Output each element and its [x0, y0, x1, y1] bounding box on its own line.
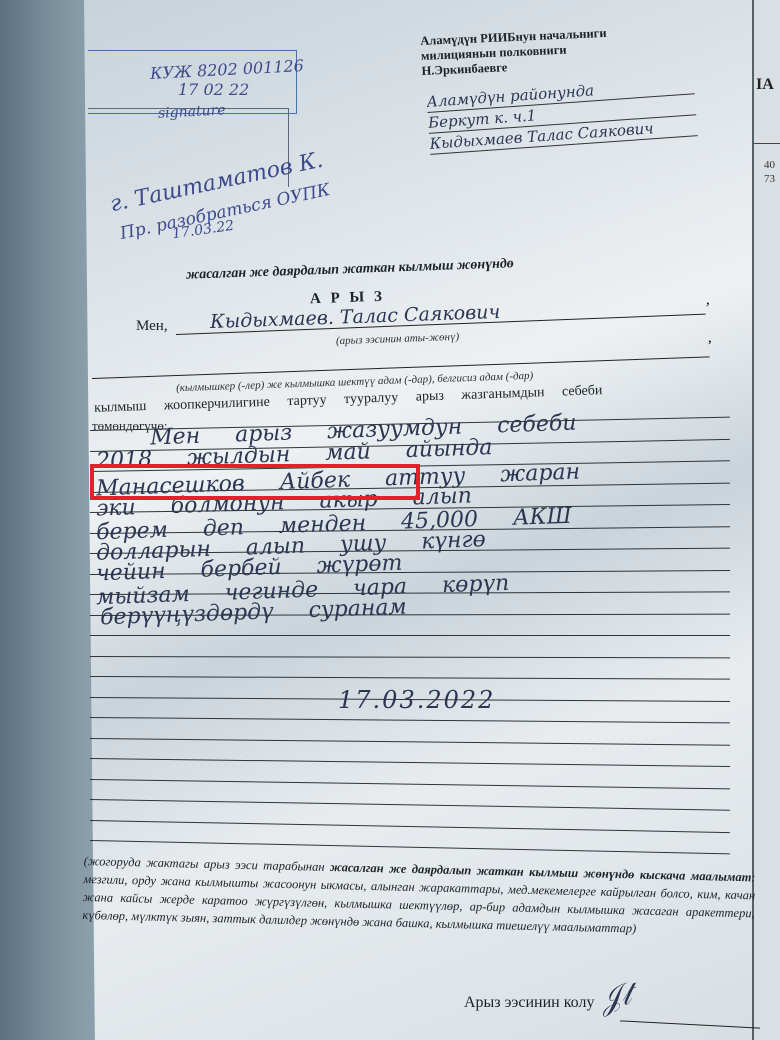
edge-number: 73	[764, 173, 775, 185]
edge-rule	[754, 143, 780, 144]
edge-heading: IA	[756, 76, 774, 94]
ruled-line	[90, 635, 730, 636]
statement-date: 17.03.2022	[338, 686, 495, 714]
footnote-prefix: (жогоруда жактагы арыз ээси тарабынан	[84, 854, 331, 874]
men-label: Мен,	[136, 318, 168, 335]
right-page-edge: IA 40 73	[752, 0, 780, 1040]
edge-number: 40	[764, 159, 775, 171]
highlight-box	[90, 464, 420, 500]
comma: ,	[706, 292, 710, 309]
comma: ,	[708, 330, 712, 347]
signature-label: Арыз ээсинин колу	[464, 994, 594, 1012]
addressee-block: Аламүдүн РИИБнун начальниги милициянын п…	[420, 26, 608, 79]
registration-date: 17 02 22	[178, 80, 249, 99]
